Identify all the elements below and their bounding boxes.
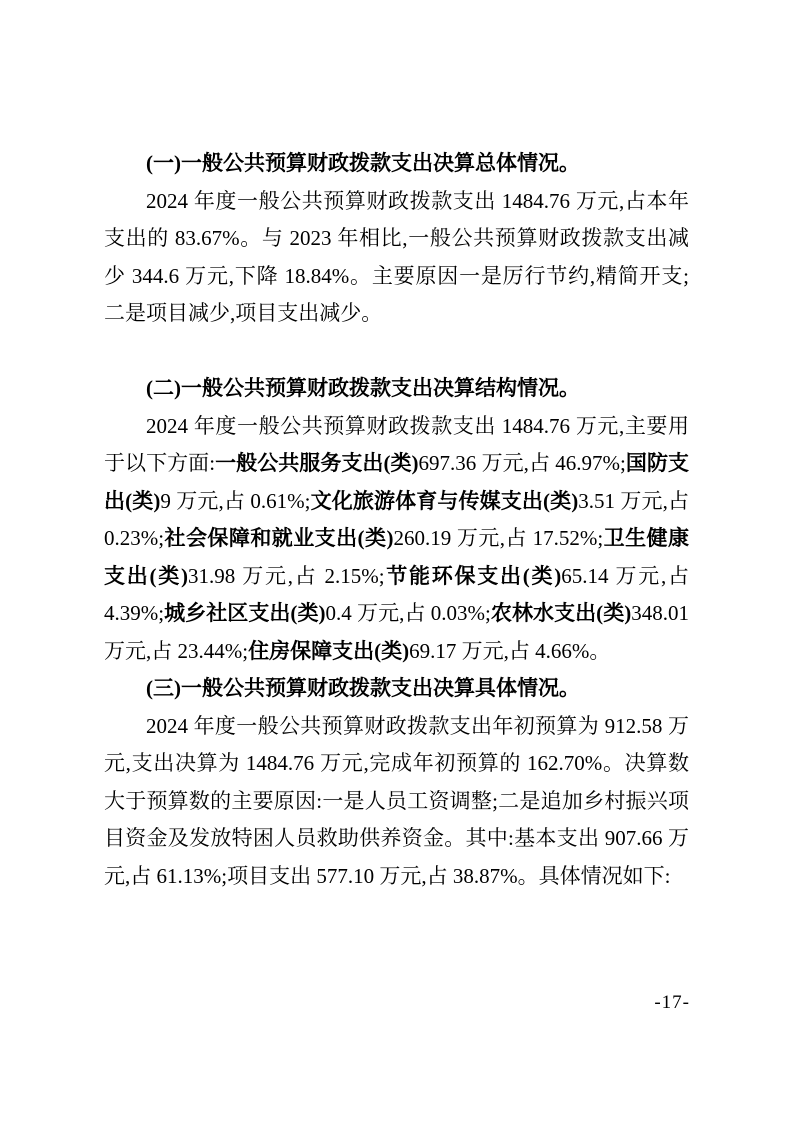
- text-segment: 9 万元,占 0.61%;: [160, 489, 310, 513]
- page-number: -17-: [654, 992, 690, 1014]
- text-segment: 2024 年度一般公共预算财政拨款支出年初预算为 912.58 万元,支出决算为…: [104, 714, 689, 888]
- section-heading: (一)一般公共预算财政拨款支出决算总体情况。: [104, 145, 689, 183]
- document-section: (一)一般公共预算财政拨款支出决算总体情况。2024 年度一般公共预算财政拨款支…: [104, 145, 689, 333]
- bold-text-segment: 节能环保支出(类): [385, 564, 562, 588]
- paragraph: 2024 年度一般公共预算财政拨款支出 1484.76 万元,占本年支出的 83…: [104, 183, 689, 333]
- bold-text-segment: 城乡社区支出(类): [164, 601, 325, 625]
- bold-text-segment: 一般公共服务支出(类): [215, 451, 418, 475]
- paragraph: 2024 年度一般公共预算财政拨款支出年初预算为 912.58 万元,支出决算为…: [104, 708, 689, 896]
- document-section: (三)一般公共预算财政拨款支出决算具体情况。2024 年度一般公共预算财政拨款支…: [104, 670, 689, 895]
- bold-text-segment: 农林水支出(类): [491, 601, 631, 625]
- text-segment: 2024 年度一般公共预算财政拨款支出 1484.76 万元,占本年支出的 83…: [104, 189, 689, 326]
- section-heading: (二)一般公共预算财政拨款支出决算结构情况。: [104, 370, 689, 408]
- section-heading: (三)一般公共预算财政拨款支出决算具体情况。: [104, 670, 689, 708]
- text-segment: 69.17 万元,占 4.66%。: [409, 639, 610, 663]
- document-page: (一)一般公共预算财政拨款支出决算总体情况。2024 年度一般公共预算财政拨款支…: [0, 0, 793, 1122]
- bold-text-segment: 社会保障和就业支出(类): [164, 526, 393, 550]
- bold-text-segment: 住房保障支出(类): [248, 639, 409, 663]
- document-section: (二)一般公共预算财政拨款支出决算结构情况。2024 年度一般公共预算财政拨款支…: [104, 370, 689, 670]
- text-segment: 31.98 万元,占 2.15%;: [188, 564, 385, 588]
- bold-text-segment: 文化旅游体育与传媒支出(类): [310, 489, 578, 513]
- text-segment: 260.19 万元,占 17.52%;: [393, 526, 603, 550]
- document-body: (一)一般公共预算财政拨款支出决算总体情况。2024 年度一般公共预算财政拨款支…: [104, 145, 689, 895]
- paragraph: 2024 年度一般公共预算财政拨款支出 1484.76 万元,主要用于以下方面:…: [104, 408, 689, 671]
- text-segment: 697.36 万元,占 46.97%;: [419, 451, 626, 475]
- text-segment: 0.4 万元,占 0.03%;: [326, 601, 491, 625]
